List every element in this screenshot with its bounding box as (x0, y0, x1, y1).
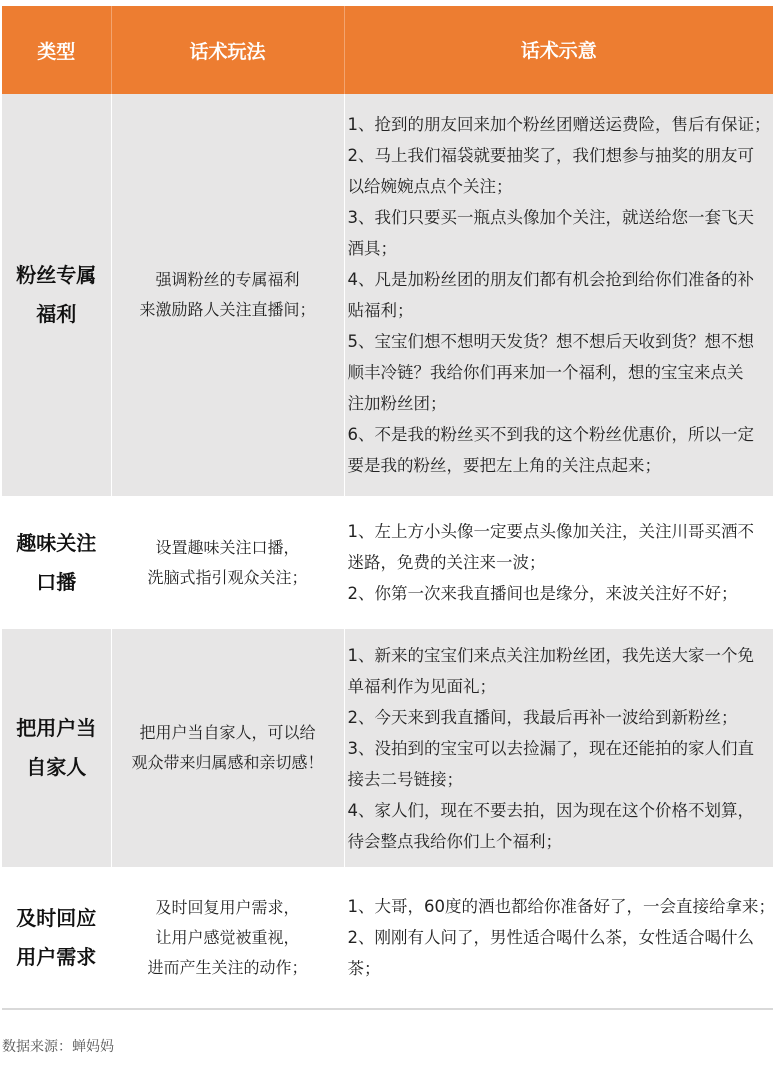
type-label: 把用户当 (2, 709, 111, 748)
data-source-note: 数据来源：蝉妈妈 (2, 1036, 114, 1056)
method-text: 让用户感觉被重视， (112, 923, 344, 953)
example-text: 1、大哥，60度的酒也都给你准备好了，一会直接给拿来； (348, 891, 774, 922)
example-text: 1、左上方小头像一定要点头像加关注，关注川哥买酒不 (348, 516, 774, 547)
type-cell: 趣味关注 口播 (2, 496, 111, 629)
method-text: 设置趣味关注口播， (112, 533, 344, 563)
example-text: 要是我的粉丝，要把左上角的关注点起来； (348, 450, 774, 481)
type-label: 口播 (2, 563, 111, 602)
example-text: 茶； (348, 953, 774, 984)
method-text: 洗脑式指引观众关注； (112, 563, 344, 593)
method-text: 来激励路人关注直播间； (112, 295, 344, 325)
type-cell: 及时回应 用户需求 (2, 867, 111, 1009)
example-text: 注加粉丝团； (348, 388, 774, 419)
type-cell: 粉丝专属 福利 (2, 94, 111, 496)
example-text: 待会整点我给你们上个福利； (348, 826, 774, 857)
table-row: 把用户当 自家人 把用户当自家人，可以给 观众带来归属感和亲切感！ 1、新来的宝… (2, 629, 773, 867)
method-text: 把用户当自家人，可以给 (112, 718, 344, 748)
example-text: 酒具； (348, 233, 774, 264)
example-cell: 1、大哥，60度的酒也都给你准备好了，一会直接给拿来； 2、刚刚有人问了，男性适… (344, 867, 773, 1009)
example-text: 5、宝宝们想不想明天发货？想不想后天收到货？想不想 (348, 326, 774, 357)
table-row: 及时回应 用户需求 及时回复用户需求， 让用户感觉被重视， 进而产生关注的动作；… (2, 867, 773, 1009)
example-text: 以给婉婉点点个关注； (348, 171, 774, 202)
header-type: 类型 (2, 6, 111, 94)
table-row: 趣味关注 口播 设置趣味关注口播， 洗脑式指引观众关注； 1、左上方小头像一定要… (2, 496, 773, 629)
example-text: 4、家人们，现在不要去拍，因为现在这个价格不划算， (348, 795, 774, 826)
example-text: 2、今天来到我直播间，我最后再补一波给到新粉丝； (348, 702, 774, 733)
example-text: 6、不是我的粉丝买不到我的这个粉丝优惠价，所以一定 (348, 419, 774, 450)
example-text: 单福利作为见面礼； (348, 671, 774, 702)
table-row: 粉丝专属 福利 强调粉丝的专属福利 来激励路人关注直播间； 1、抢到的朋友回来加… (2, 94, 773, 496)
method-cell: 把用户当自家人，可以给 观众带来归属感和亲切感！ (111, 629, 344, 867)
example-text: 贴福利； (348, 295, 774, 326)
method-cell: 设置趣味关注口播， 洗脑式指引观众关注； (111, 496, 344, 629)
example-text: 2、刚刚有人问了，男性适合喝什么茶，女性适合喝什么 (348, 922, 774, 953)
method-text: 强调粉丝的专属福利 (112, 265, 344, 295)
example-text: 2、马上我们福袋就要抽奖了，我们想参与抽奖的朋友可 (348, 140, 774, 171)
type-label: 福利 (2, 295, 111, 334)
method-cell: 及时回复用户需求， 让用户感觉被重视， 进而产生关注的动作； (111, 867, 344, 1009)
method-text: 及时回复用户需求， (112, 893, 344, 923)
type-label: 粉丝专属 (2, 256, 111, 295)
example-cell: 1、抢到的朋友回来加个粉丝团赠送运费险，售后有保证； 2、马上我们福袋就要抽奖了… (344, 94, 773, 496)
example-text: 1、新来的宝宝们来点关注加粉丝团，我先送大家一个免 (348, 640, 774, 671)
example-text: 顺丰冷链？我给你们再来加一个福利，想的宝宝来点关 (348, 357, 774, 388)
live-script-table: 类型 话术玩法 话术示意 粉丝专属 福利 强调粉丝的专属福利 来激励路人关注直播… (2, 6, 773, 1010)
method-cell: 强调粉丝的专属福利 来激励路人关注直播间； (111, 94, 344, 496)
page: 类型 话术玩法 话术示意 粉丝专属 福利 强调粉丝的专属福利 来激励路人关注直播… (0, 0, 780, 1080)
example-text: 3、没拍到的宝宝可以去捡漏了，现在还能拍的家人们直 (348, 733, 774, 764)
example-cell: 1、左上方小头像一定要点头像加关注，关注川哥买酒不 迷路，免费的关注来一波； 2… (344, 496, 773, 629)
example-text: 3、我们只要买一瓶点头像加个关注，就送给您一套飞天 (348, 202, 774, 233)
type-cell: 把用户当 自家人 (2, 629, 111, 867)
example-text: 1、抢到的朋友回来加个粉丝团赠送运费险，售后有保证； (348, 109, 774, 140)
method-text: 进而产生关注的动作； (112, 953, 344, 983)
header-method: 话术玩法 (111, 6, 344, 94)
table-header-row: 类型 话术玩法 话术示意 (2, 6, 773, 94)
method-text: 观众带来归属感和亲切感！ (112, 748, 344, 778)
example-text: 接去二号链接； (348, 764, 774, 795)
example-text: 4、凡是加粉丝团的朋友们都有机会抢到给你们准备的补 (348, 264, 774, 295)
type-label: 用户需求 (2, 938, 111, 977)
type-label: 趣味关注 (2, 524, 111, 563)
type-label: 及时回应 (2, 899, 111, 938)
type-label: 自家人 (2, 748, 111, 787)
header-example: 话术示意 (344, 6, 773, 94)
example-cell: 1、新来的宝宝们来点关注加粉丝团，我先送大家一个免 单福利作为见面礼； 2、今天… (344, 629, 773, 867)
example-text: 迷路，免费的关注来一波； (348, 547, 774, 578)
example-text: 2、你第一次来我直播间也是缘分，来波关注好不好； (348, 578, 774, 609)
